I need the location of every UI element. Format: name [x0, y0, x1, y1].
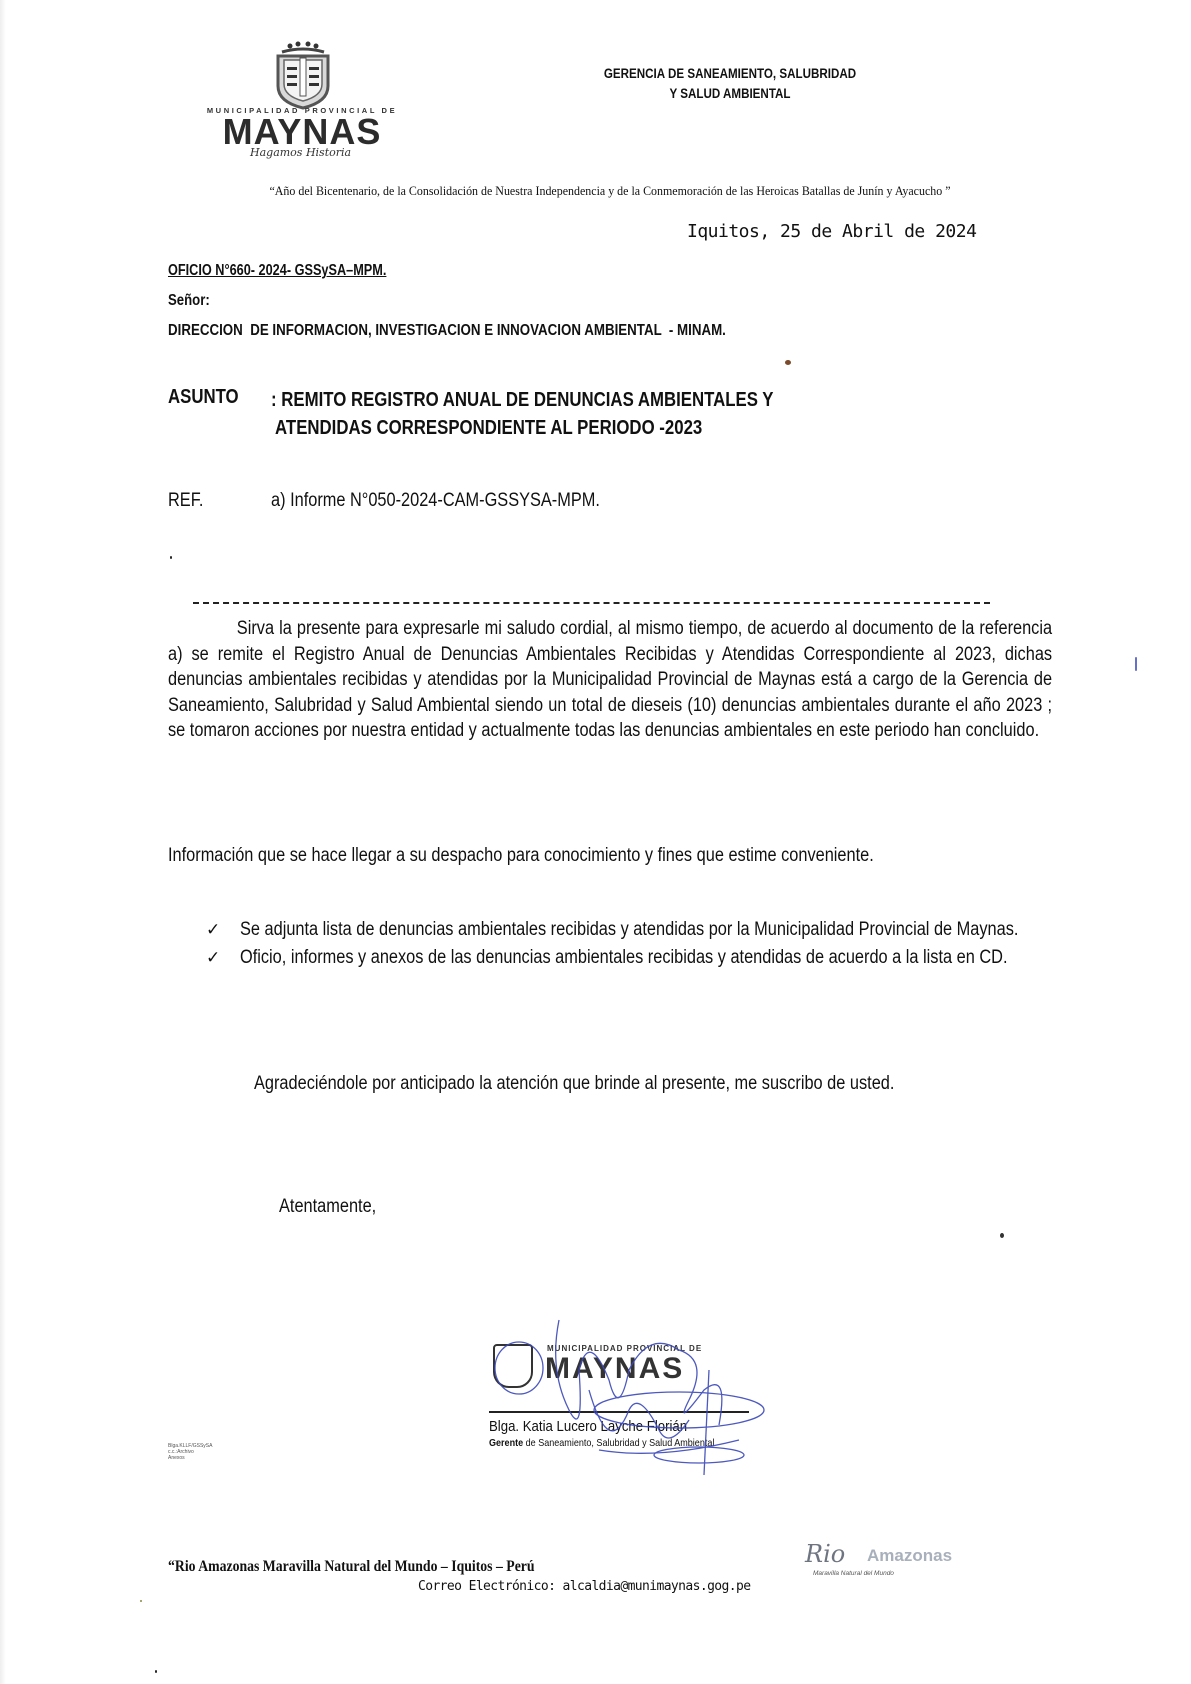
department-line-1: GERENCIA DE SANEAMIENTO, SALUBRIDAD [549, 64, 910, 84]
reference-label: REF. [168, 490, 203, 512]
scan-speck [170, 556, 172, 559]
scan-speck [155, 1670, 157, 1673]
oficio-number: OFICIO N°660- 2024- GSSySA–MPM. [168, 262, 386, 280]
recipient: DIRECCION DE INFORMACION, INVESTIGACION … [168, 322, 726, 340]
handwritten-signature-icon [489, 1310, 779, 1480]
body-paragraph-1-text: Sirva la presente para expresarle mi sal… [168, 616, 1052, 744]
subject-line-1: : REMITO REGISTRO ANUAL DE DENUNCIAS AMB… [271, 386, 773, 414]
rio-logo-text: Rio [805, 1540, 845, 1568]
body-paragraph-2-text: Información que se hace llegar a su desp… [168, 843, 1052, 869]
list-item-text: Se adjunta lista de denuncias ambientale… [240, 918, 1053, 942]
reference-value: a) Informe N°050-2024-CAM-GSSYSA-MPM. [271, 490, 600, 512]
footer-slogan: “Rio Amazonas Maravilla Natural del Mund… [168, 1558, 535, 1576]
department-line-2: Y SALUD AMBIENTAL [549, 84, 910, 104]
body-paragraph-3: Agradeciéndole por anticipado la atenció… [168, 1071, 1052, 1097]
attachments-list: ✓ Se adjunta lista de denuncias ambienta… [206, 918, 1052, 974]
rio-amazonas-logo: Rio Amazonas Maravilla Natural del Mundo [805, 1540, 975, 1584]
body-paragraph-1: Sirva la presente para expresarle mi sal… [168, 616, 1052, 744]
scan-speck [1135, 657, 1137, 671]
signature-block: MUNICIPALIDAD PROVINCIAL DE MAYNAS Blga.… [489, 1310, 779, 1480]
list-item: ✓ Se adjunta lista de denuncias ambienta… [206, 918, 1052, 942]
logo-slogan: Hagamos Historia [250, 146, 351, 159]
dashed-divider [193, 602, 990, 604]
closing: Atentamente, [279, 1196, 376, 1218]
subject-line-2: ATENDIDAS CORRESPONDIENTE AL PERIODO -20… [271, 414, 773, 442]
scan-speck [140, 1600, 142, 1602]
scan-edge-shadow [0, 0, 6, 1684]
list-item-text: Oficio, informes y anexos de las denunci… [240, 946, 1053, 970]
subject-label: ASUNTO [168, 386, 239, 409]
check-icon: ✓ [206, 946, 220, 970]
body-paragraph-2: Información que se hace llegar a su desp… [168, 843, 1052, 869]
salutation: Señor: [168, 292, 210, 310]
subject-text: : REMITO REGISTRO ANUAL DE DENUNCIAS AMB… [271, 386, 773, 442]
footer-email: Correo Electrónico: alcaldia@munimaynas.… [418, 1579, 750, 1594]
document-date: Iquitos, 25 de Abril de 2024 [687, 221, 976, 242]
amazonas-logo-text: Amazonas [867, 1546, 952, 1566]
check-icon: ✓ [206, 918, 220, 942]
year-motto: “Año del Bicentenario, de la Consolidaci… [187, 182, 1033, 199]
initials-line: Anexos [168, 1455, 212, 1461]
list-item: ✓ Oficio, informes y anexos de las denun… [206, 946, 1052, 970]
scan-speck [1000, 1233, 1004, 1238]
coat-of-arms-icon [270, 40, 336, 110]
scan-speck [785, 360, 791, 365]
municipality-logo: MUNICIPALIDAD PROVINCIAL DE MAYNAS Hagam… [186, 30, 418, 158]
body-paragraph-3-text: Agradeciéndole por anticipado la atenció… [168, 1071, 1052, 1097]
department-header: GERENCIA DE SANEAMIENTO, SALUBRIDAD Y SA… [549, 64, 910, 104]
initials-reference: Blga.KLLF/GSSySA c.c.:Archivo Anexos [168, 1443, 212, 1461]
rio-logo-tagline: Maravilla Natural del Mundo [813, 1570, 894, 1577]
